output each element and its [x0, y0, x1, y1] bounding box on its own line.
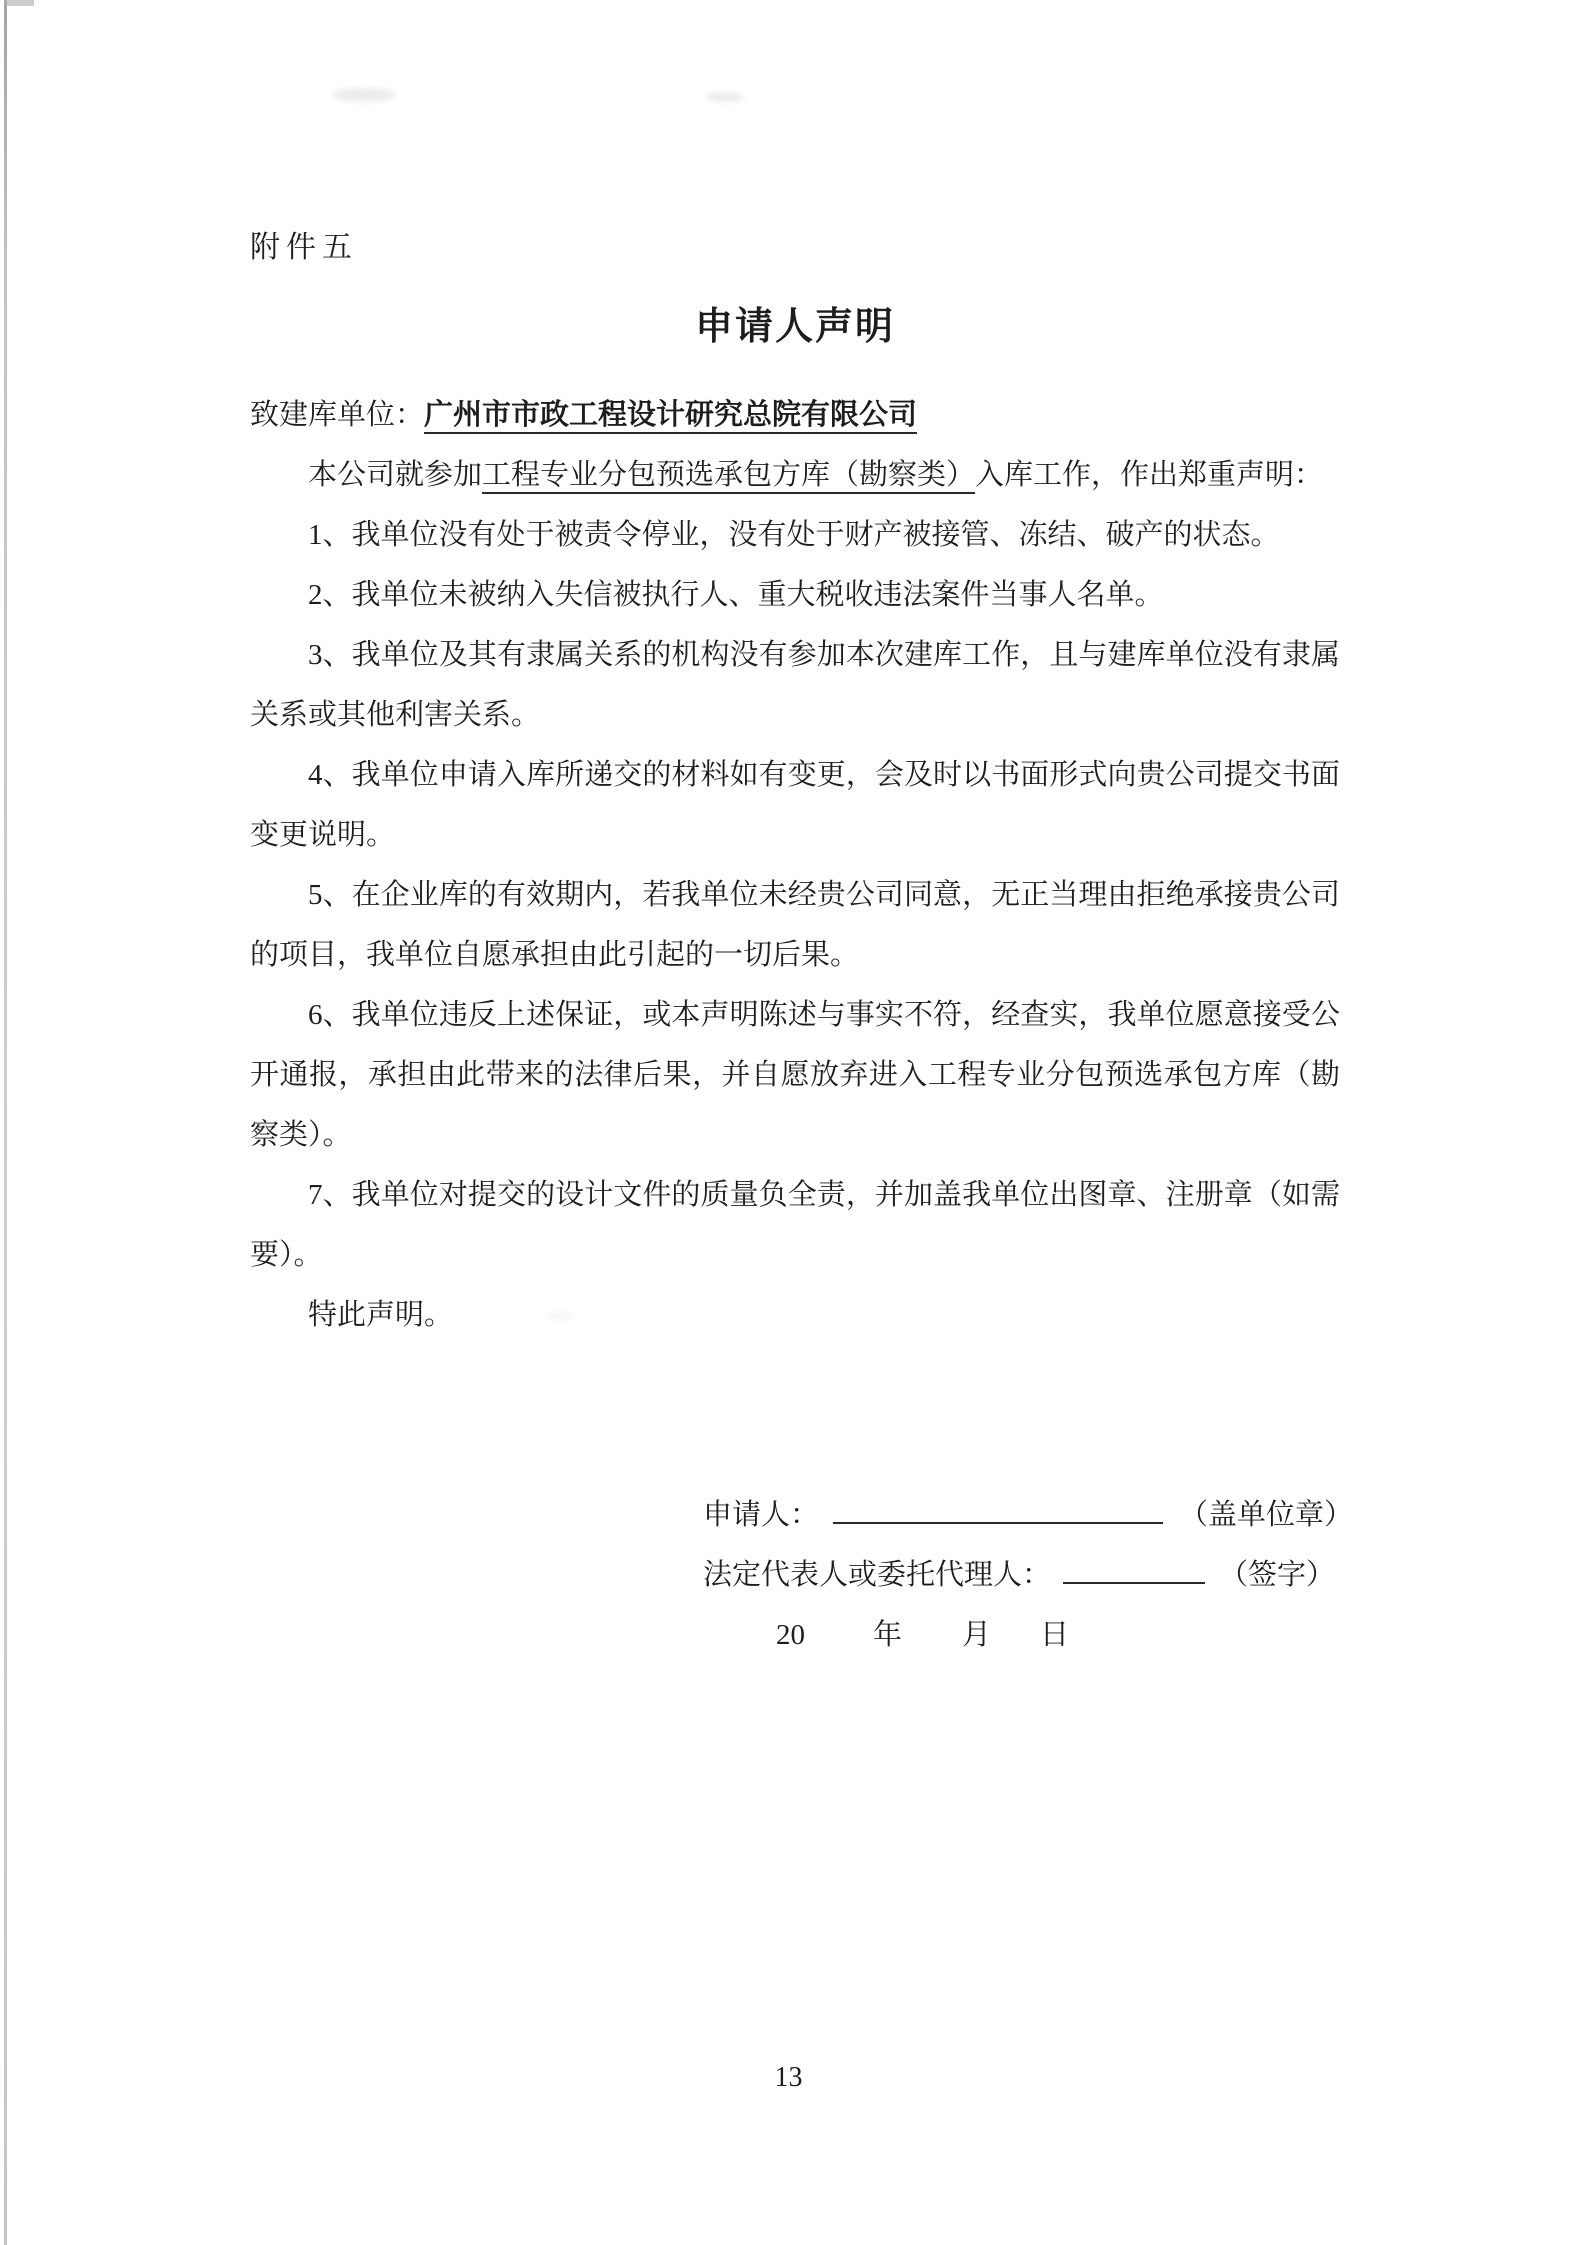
declaration-item-5: 5、在企业库的有效期内，若我单位未经贵公司同意，无正当理由拒绝承接贵公司的项目，… — [250, 865, 1340, 985]
declaration-item-4: 4、我单位申请入库所递交的材料如有变更，会及时以书面形式向贵公司提交书面变更说明… — [250, 745, 1340, 865]
attachment-label: 附件五 — [250, 0, 1340, 263]
date-line: 20年月日 — [703, 1605, 1340, 1665]
intro-prefix: 本公司就参加 — [308, 459, 482, 491]
declaration-item-2: 2、我单位未被纳入失信被执行人、重大税收违法案件当事人名单。 — [250, 565, 1340, 625]
intro-suffix: 入库工作，作出郑重声明： — [975, 459, 1323, 491]
date-year-prefix: 20 — [776, 1619, 805, 1651]
declaration-item-3: 3、我单位及其有隶属关系的机构没有参加本次建库工作，且与建库单位没有隶属关系或其… — [250, 625, 1340, 745]
agent-sign-note: （签字） — [1219, 1559, 1335, 1591]
intro-paragraph: 本公司就参加工程专业分包预选承包方库（勘察类）入库工作，作出郑重声明： — [250, 445, 1340, 505]
applicant-signature-line: 申请人：（盖单位章） — [703, 1485, 1340, 1545]
document-content: 附件五 申请人声明 致建库单位：广州市市政工程设计研究总院有限公司 本公司就参加… — [0, 0, 1587, 1665]
applicant-seal-note: （盖单位章） — [1179, 1499, 1353, 1531]
applicant-label: 申请人： — [703, 1499, 819, 1531]
declaration-item-1: 1、我单位没有处于被责令停业，没有处于财产被接管、冻结、破产的状态。 — [250, 505, 1340, 565]
document-page: 附件五 申请人声明 致建库单位：广州市市政工程设计研究总院有限公司 本公司就参加… — [0, 0, 1587, 2245]
date-day-label: 日 — [1040, 1619, 1069, 1651]
recipient-label: 致建库单位： — [250, 399, 424, 431]
closing-statement: 特此声明。 — [250, 1285, 1340, 1345]
date-month-label: 月 — [962, 1619, 991, 1651]
recipient-company: 广州市市政工程设计研究总院有限公司 — [424, 399, 917, 434]
agent-label: 法定代表人或委托代理人： — [703, 1559, 1051, 1591]
intro-underlined-scope: 工程专业分包预选承包方库（勘察类） — [482, 459, 975, 494]
document-body: 致建库单位：广州市市政工程设计研究总院有限公司 本公司就参加工程专业分包预选承包… — [250, 385, 1340, 1345]
declaration-item-7: 7、我单位对提交的设计文件的质量负全责，并加盖我单位出图章、注册章（如需要）。 — [250, 1165, 1340, 1285]
signature-block: 申请人：（盖单位章） 法定代表人或委托代理人：（签字） 20年月日 — [250, 1485, 1340, 1665]
agent-fill-line — [1063, 1552, 1205, 1584]
date-year-label: 年 — [873, 1619, 902, 1651]
page-number: 13 — [0, 2058, 1577, 2098]
applicant-fill-line — [833, 1492, 1163, 1524]
page-title: 申请人声明 — [250, 305, 1340, 349]
declaration-item-6: 6、我单位违反上述保证，或本声明陈述与事实不符，经查实，我单位愿意接受公开通报，… — [250, 985, 1340, 1165]
recipient-line: 致建库单位：广州市市政工程设计研究总院有限公司 — [250, 385, 1340, 445]
agent-signature-line: 法定代表人或委托代理人：（签字） — [703, 1545, 1340, 1605]
